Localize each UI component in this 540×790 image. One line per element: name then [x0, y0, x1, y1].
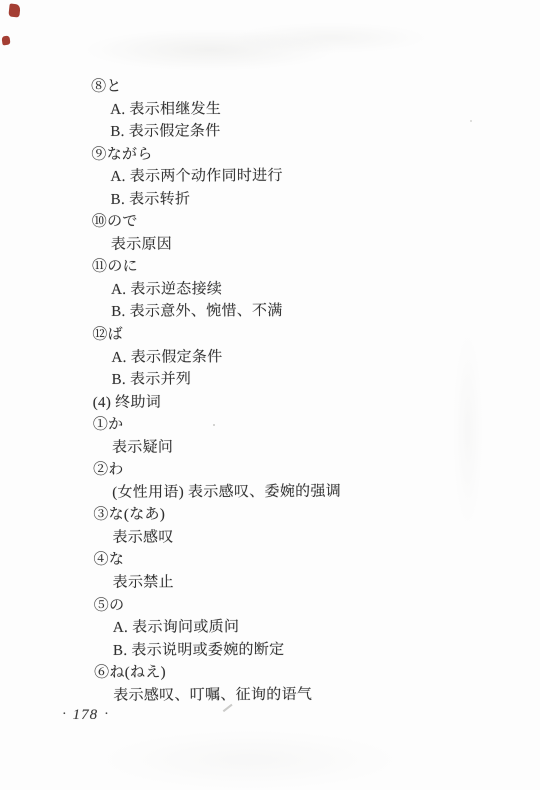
outline-subitem: 表示感叹	[93, 525, 513, 550]
outline-item: ④な	[93, 547, 513, 572]
red-scan-mark-top	[8, 3, 20, 17]
outline-subitem: 表示禁止	[94, 570, 514, 595]
outline-subitem: A. 表示逆态接续	[92, 277, 512, 302]
scanned-book-page: ⑧とA. 表示相继发生B. 表示假定条件⑨ながらA. 表示两个动作同时进行B. …	[0, 0, 540, 790]
outline-subitem: B. 表示假定条件	[91, 119, 511, 144]
red-scan-mark-left	[1, 35, 10, 45]
outline-subitem: B. 表示并列	[93, 367, 513, 392]
outline-item: ⑨ながら	[91, 141, 511, 166]
grammar-outline-list: ⑧とA. 表示相继发生B. 表示假定条件⑨ながらA. 表示两个动作同时进行B. …	[91, 74, 514, 708]
outline-subitem: 表示原因	[92, 232, 512, 257]
footer-right-dot: ·	[104, 707, 109, 722]
outline-subitem: 表示疑问	[93, 435, 513, 460]
page-footer: ·178·	[62, 704, 109, 726]
scan-speck	[213, 424, 215, 426]
outline-item: ⑧と	[91, 74, 511, 99]
outline-subitem: B. 表示意外、惋惜、不满	[92, 299, 512, 324]
outline-subitem: B. 表示转折	[92, 187, 512, 212]
outline-item: ⑤の	[94, 592, 514, 617]
outline-item: ⑩ので	[92, 209, 512, 234]
outline-subitem: (女性用语) 表示感叹、委婉的强调	[93, 480, 513, 505]
outline-item: ⑫ば	[92, 322, 512, 347]
outline-item: ⑪のに	[92, 254, 512, 279]
footer-page-number: 178	[73, 707, 99, 723]
scan-speck	[470, 120, 472, 122]
outline-subitem: 表示感叹、叮嘱、征询的语气	[94, 683, 514, 708]
outline-item: ⑥ね(ねえ)	[94, 660, 514, 685]
outline-item: ②わ	[93, 457, 513, 482]
outline-subitem: A. 表示相继发生	[91, 96, 511, 121]
outline-subitem: B. 表示说明或委婉的断定	[94, 637, 514, 662]
outline-subitem: A. 表示询问或质问	[94, 615, 514, 640]
outline-subitem: A. 表示两个动作同时进行	[91, 164, 511, 189]
outline-item: ①か	[93, 412, 513, 437]
footer-left-dot: ·	[62, 707, 67, 722]
outline-item: ③な(なあ)	[93, 502, 513, 527]
outline-subitem: A. 表示假定条件	[92, 344, 512, 369]
outline-item: (4) 终助词	[93, 389, 513, 414]
